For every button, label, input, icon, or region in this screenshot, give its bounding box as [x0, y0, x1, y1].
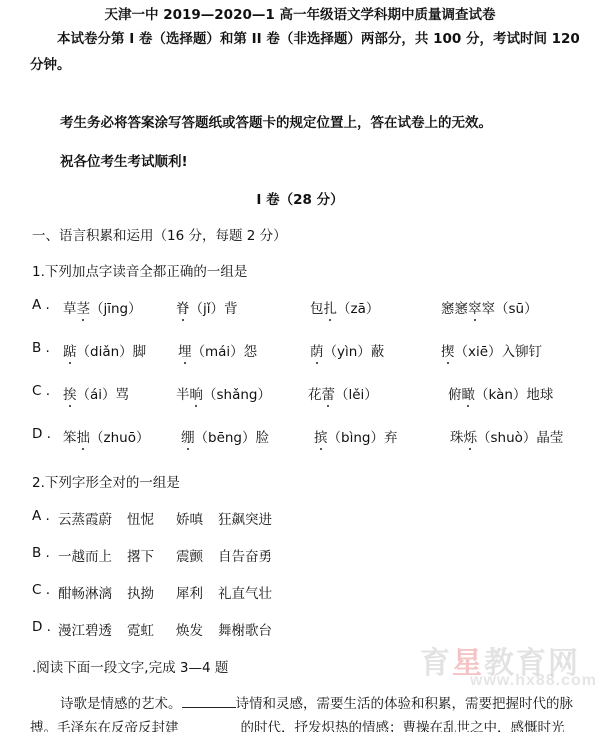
q1-option-c-letter: C .: [32, 383, 50, 399]
q1-option-a-item-3: 包扎（zā）: [310, 297, 379, 317]
watermark-url: www.hx88.com: [470, 672, 597, 690]
q1-option-a-item-1: 草茎（jīng）: [63, 297, 142, 317]
q1-option-d-letter: D .: [32, 426, 51, 442]
section-header: I 卷（28 分）: [0, 188, 600, 208]
q1-option-d-item-1: 笨拙（zhuō）: [63, 426, 149, 446]
q2-option-c: C . 酣畅淋漓 执拗 犀利 礼直气壮: [32, 582, 50, 598]
q1-option-d-item-2: 绷（bēng）脸: [181, 426, 269, 446]
wish-text: 祝各位考生考试顺利!: [60, 150, 188, 170]
question-1-stem: 1.下列加点字读音全都正确的一组是: [32, 260, 247, 280]
intro-line-1: 本试卷分第 I 卷（选择题）和第 II 卷（非选择题）两部分，共 100 分，考…: [57, 27, 580, 47]
q1-option-c-item-3: 花蕾（lěi）: [308, 383, 378, 403]
q1-option-b-item-3: 荫（yìn）蔽: [310, 340, 384, 360]
q1-option-d-item-4: 珠烁（shuò）晶莹: [450, 426, 563, 446]
notice-text: 考生务必将答案涂写答题纸或答题卡的规定位置上，答在试卷上的无效。: [60, 111, 492, 131]
intro-line-2: 分钟。: [30, 53, 71, 73]
q1-option-c-item-2: 半晌（shǎng）: [176, 383, 271, 403]
q1-option-a-item-2: 脊（jǐ）背: [176, 297, 238, 317]
part-one-heading: 一、语言积累和运用（16 分，每题 2 分）: [32, 224, 287, 244]
q1-option-b-item-1: 踮（diǎn）脚: [63, 340, 146, 360]
q1-option-a-item-4: 窸窸窣窣（sū）: [441, 297, 538, 317]
reading-prompt: .阅读下面一段文字,完成 3—4 题: [32, 656, 228, 676]
q1-option-c-item-1: 挨（ái）骂: [63, 383, 129, 403]
exam-title: 天津一中 2019—2020—1 高一年级语文学科期中质量调查试卷: [0, 3, 600, 23]
fill-blank: [182, 695, 236, 708]
q1-option-d-item-3: 摈（bìng）弃: [314, 426, 397, 446]
q1-option-b-letter: B .: [32, 340, 50, 356]
q2-option-d: D . 漫江碧透 霓虹 焕发 舞榭歌台: [32, 619, 51, 635]
passage-line-2: 搏。毛泽东在反帝反封建的时代，抒发炽热的情感；曹操在乱世之中，感慨时光: [30, 716, 565, 732]
q1-option-a-letter: A .: [32, 297, 50, 313]
q1-option-b-item-4: 揳（xiē）入铆钉: [441, 340, 542, 360]
question-2-stem: 2.下列字形全对的一组是: [32, 471, 180, 491]
q2-option-b: B . 一越而上 撂下 震颤 自告奋勇: [32, 545, 50, 561]
q2-option-a: A . 云蒸霞蔚 忸怩 娇嗔 狂飙突进: [32, 508, 50, 524]
q1-option-c-item-4: 俯瞰（kàn）地球: [448, 383, 553, 403]
passage-line-1: 诗歌是情感的艺术。诗情和灵感，需要生活的体验和积累，需要把握时代的脉: [60, 692, 573, 712]
q1-option-b-item-2: 埋（mái）怨: [178, 340, 257, 360]
